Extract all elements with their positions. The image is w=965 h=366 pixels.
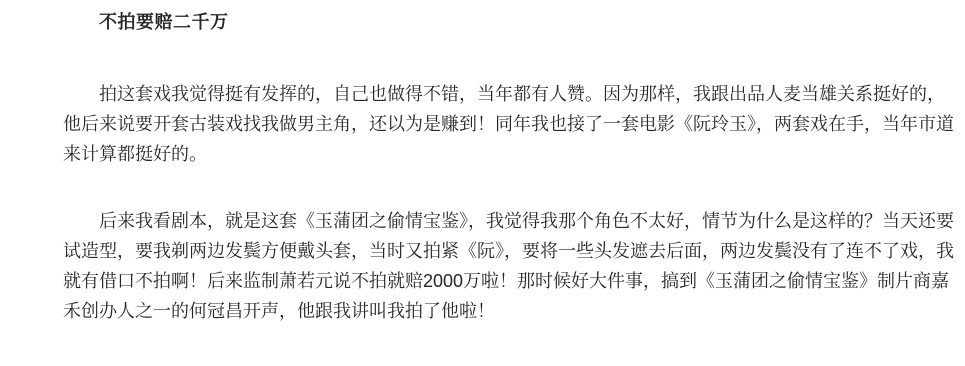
article-paragraph-1: 拍这套戏我觉得挺有发挥的，自己也做得不错，当年都有人赞。因为那样，我跟出品人麦当… bbox=[63, 79, 955, 169]
article-paragraph-2: 后来我看剧本，就是这套《玉蒲团之偷情宝鉴》，我觉得我那个角色不太好，情节为什么是… bbox=[63, 206, 955, 326]
article-title: 不拍要赔二千万 bbox=[63, 7, 955, 37]
article-body: 不拍要赔二千万 拍这套戏我觉得挺有发挥的，自己也做得不错，当年都有人赞。因为那样… bbox=[0, 0, 965, 326]
